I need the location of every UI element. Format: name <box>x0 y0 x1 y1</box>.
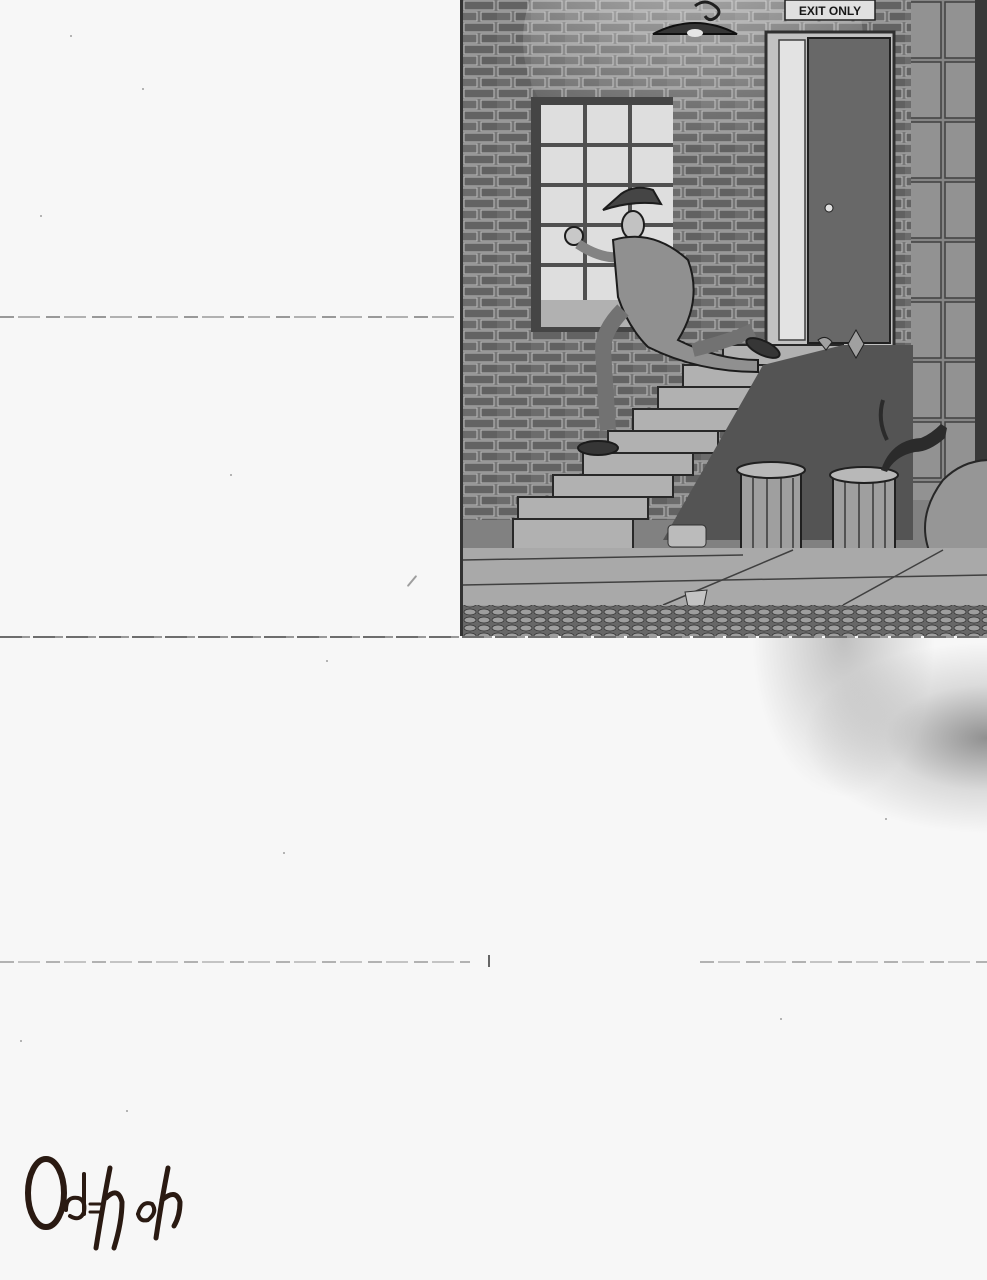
scan-speck <box>126 1110 128 1112</box>
illustration-panel: EXIT ONLY <box>460 0 987 636</box>
scan-speck <box>230 474 232 476</box>
scan-speck <box>780 1018 782 1020</box>
scan-speck <box>885 818 887 820</box>
signature-glyphs <box>18 1148 188 1253</box>
scan-speck <box>40 215 42 217</box>
artist-signature: Odehhoh <box>18 1148 188 1253</box>
illustration-drawing: EXIT ONLY <box>463 0 987 636</box>
scan-speck <box>326 660 328 662</box>
scan-speck <box>70 35 72 37</box>
scan-mark <box>488 955 490 967</box>
scan-speck <box>20 1040 22 1042</box>
scan-speck <box>283 852 285 854</box>
scan-smudge <box>700 638 987 888</box>
scan-speck <box>142 88 144 90</box>
fold-line <box>0 961 470 963</box>
fold-line <box>700 961 987 963</box>
scanned-page: EXIT ONLY <box>0 0 987 1280</box>
fold-line <box>0 316 460 318</box>
scan-speck <box>407 575 418 587</box>
